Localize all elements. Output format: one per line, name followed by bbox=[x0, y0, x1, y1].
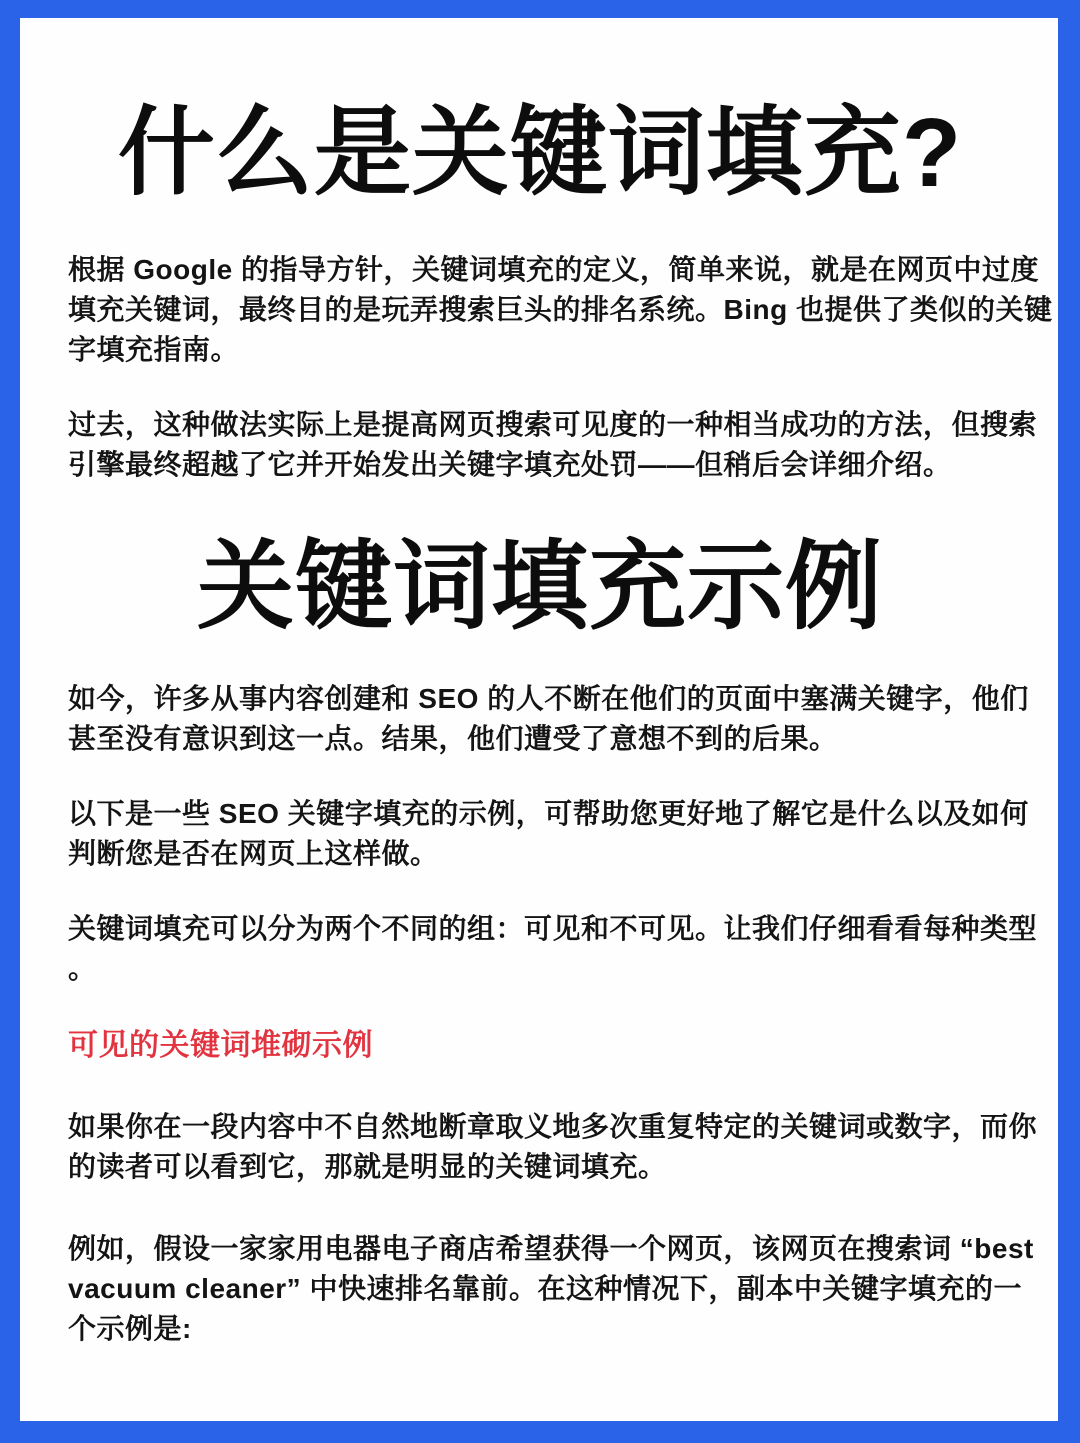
what-is-keyword-stuffing-title: 什么是关键词填充? bbox=[0, 97, 1080, 209]
keyword-stuffing-examples-title: 关键词填充示例 bbox=[0, 531, 1080, 643]
groups-paragraph: 关键词填充可以分为两个不同的组：可见和不可见。让我们仔细看看每种类型 。 bbox=[68, 909, 1053, 989]
article-page: 什么是关键词填充? 根据 Google 的指导方针，关键词填充的定义，简单来说，… bbox=[0, 0, 1080, 1443]
visible-examples-heading: 可见的关键词堆砌示例 bbox=[68, 1026, 1053, 1066]
today-paragraph: 如今，许多从事内容创建和 SEO 的人不断在他们的页面中塞满关键字，他们 甚至没… bbox=[68, 679, 1053, 759]
definition-paragraph: 根据 Google 的指导方针，关键词填充的定义，简单来说，就是在网页中过度 填… bbox=[68, 250, 1053, 370]
visible-definition-paragraph: 如果你在一段内容中不自然地断章取义地多次重复特定的关键词或数字，而你 的读者可以… bbox=[68, 1107, 1053, 1187]
example-scenario-paragraph: 例如，假设一家家用电器电子商店希望获得一个网页，该网页在搜索词 “best va… bbox=[68, 1229, 1053, 1349]
history-paragraph: 过去，这种做法实际上是提高网页搜索可见度的一种相当成功的方法，但搜索 引擎最终超… bbox=[68, 405, 1053, 485]
examples-intro-paragraph: 以下是一些 SEO 关键字填充的示例，可帮助您更好地了解它是什么以及如何 判断您… bbox=[68, 794, 1053, 874]
